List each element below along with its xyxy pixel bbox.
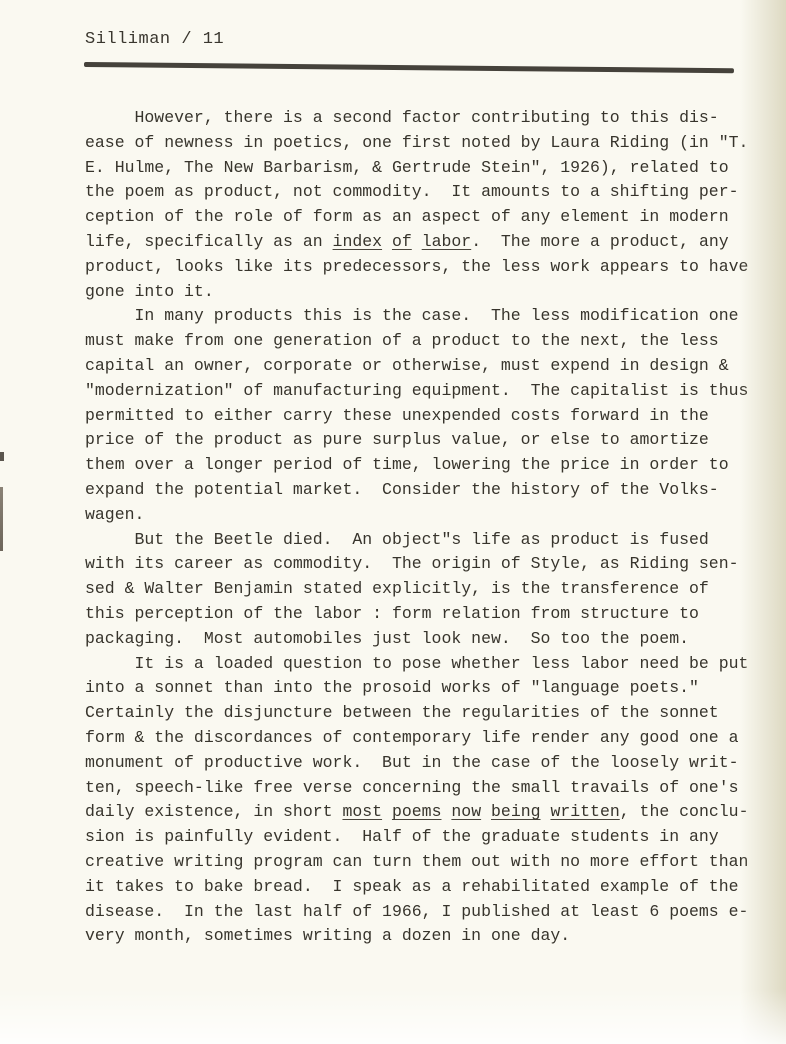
text-line: In many products this is the case. The l… [85, 304, 748, 329]
text-line: product, looks like its predecessors, th… [85, 255, 748, 280]
text-line: ease of newness in poetics, one first no… [85, 131, 748, 156]
text-line: with its career as commodity. The origin… [85, 552, 748, 577]
text-line: However, there is a second factor contri… [85, 106, 748, 131]
text-line: daily existence, in short most poems now… [85, 800, 748, 825]
text-line: ception of the role of form as an aspect… [85, 205, 748, 230]
page-bottom-fade [0, 989, 786, 1044]
text-line: "modernization" of manufacturing equipme… [85, 379, 748, 404]
page-header: Silliman / 11 [85, 30, 224, 49]
text-line: the poem as product, not commodity. It a… [85, 180, 748, 205]
paragraph: In many products this is the case. The l… [85, 304, 748, 527]
document-body: However, there is a second factor contri… [85, 106, 748, 949]
text-line: disease. In the last half of 1966, I pub… [85, 900, 748, 925]
text-line: It is a loaded question to pose whether … [85, 652, 748, 677]
text-line: price of the product as pure surplus val… [85, 428, 748, 453]
text-line: ten, speech-like free verse concerning t… [85, 776, 748, 801]
text-line: sion is painfully evident. Half of the g… [85, 825, 748, 850]
header-rule [84, 62, 734, 73]
text-line: this perception of the labor : form rela… [85, 602, 748, 627]
text-line: into a sonnet than into the prosoid work… [85, 676, 748, 701]
text-line: But the Beetle died. An object"s life as… [85, 528, 748, 553]
text-line: wagen. [85, 503, 748, 528]
text-line: E. Hulme, The New Barbarism, & Gertrude … [85, 156, 748, 181]
text-line: Certainly the disjuncture between the re… [85, 701, 748, 726]
paragraph: However, there is a second factor contri… [85, 106, 748, 304]
text-line: it takes to bake bread. I speak as a reh… [85, 875, 748, 900]
text-line: capital an owner, corporate or otherwise… [85, 354, 748, 379]
text-line: must make from one generation of a produ… [85, 329, 748, 354]
text-line: creative writing program can turn them o… [85, 850, 748, 875]
text-line: monument of productive work. But in the … [85, 751, 748, 776]
text-line: packaging. Most automobiles just look ne… [85, 627, 748, 652]
document-page: Silliman / 11 However, there is a second… [0, 0, 786, 1044]
text-line: permitted to either carry these unexpend… [85, 404, 748, 429]
scan-artifact-mark [0, 487, 3, 551]
paragraph: It is a loaded question to pose whether … [85, 652, 748, 950]
text-line: them over a longer period of time, lower… [85, 453, 748, 478]
scan-artifact-mark [0, 452, 4, 461]
text-line: life, specifically as an index of labor.… [85, 230, 748, 255]
paragraph: But the Beetle died. An object"s life as… [85, 528, 748, 652]
text-line: very month, sometimes writing a dozen in… [85, 924, 748, 949]
text-line: form & the discordances of contemporary … [85, 726, 748, 751]
text-line: sed & Walter Benjamin stated explicitly,… [85, 577, 748, 602]
text-line: gone into it. [85, 280, 748, 305]
text-line: expand the potential market. Consider th… [85, 478, 748, 503]
